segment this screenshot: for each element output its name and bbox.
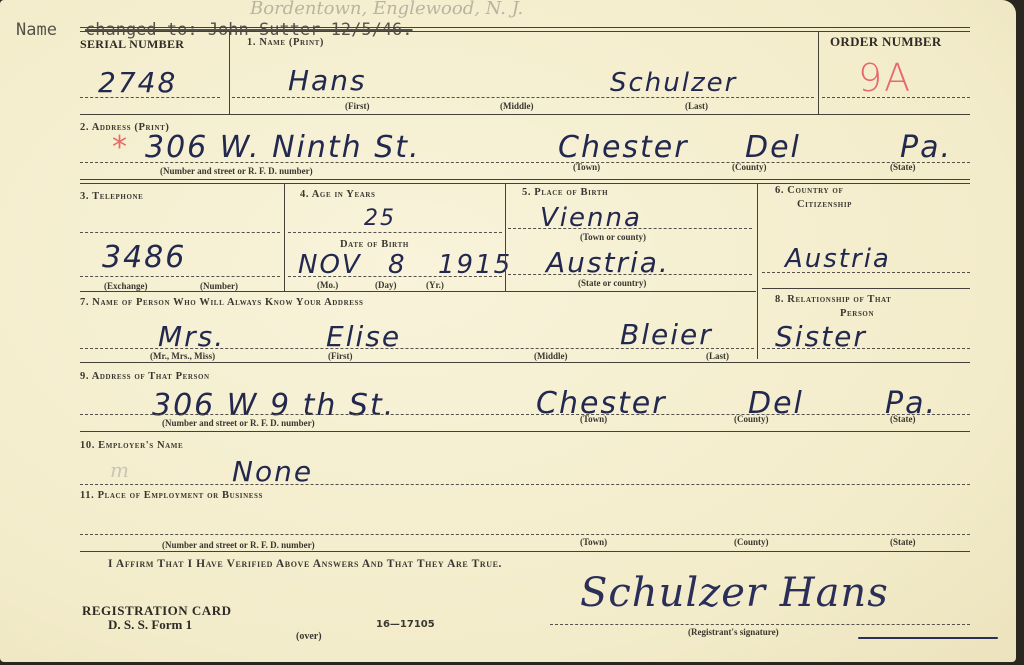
contact-label: 7. Name of Person Who Will Always Know Y…	[80, 297, 364, 308]
faint-pencil-mark: m	[110, 458, 129, 482]
affirmation-text: I Affirm That I Have Verified Above Answ…	[108, 558, 502, 570]
employment-state-sub: (State)	[890, 537, 916, 547]
middle-sub: (Middle)	[500, 101, 534, 111]
contact-state-sub: (State)	[890, 414, 916, 424]
first-name-value: Hans	[288, 64, 367, 97]
employment-street-sub: (Number and street or R. F. D. number)	[162, 540, 315, 550]
age-value: 25	[364, 206, 396, 231]
first-sub: (First)	[345, 101, 370, 111]
year-sub: (Yr.)	[426, 280, 444, 290]
contact-address-label: 9. Address of That Person	[80, 371, 210, 382]
name-change-prefix: Name	[16, 20, 57, 40]
age-label: 4. Age in Years	[300, 189, 376, 200]
serial-number-label: SERIAL NUMBER	[80, 37, 184, 52]
contact-town-sub: (Town)	[580, 414, 607, 424]
contact-street-sub: (Number and street or R. F. D. number)	[162, 418, 315, 428]
order-number-value: 9A	[858, 56, 912, 100]
birthplace-town-sub: (Town or county)	[580, 232, 646, 242]
address-town-value: Chester	[558, 130, 689, 165]
telephone-label: 3. Telephone	[80, 191, 143, 202]
relationship-label-1: 8. Relationship of That	[775, 294, 891, 305]
last-sub: (Last)	[685, 101, 708, 111]
birthplace-label: 5. Place of Birth	[522, 187, 608, 198]
order-number-label: ORDER NUMBER	[830, 34, 942, 50]
address-county-value: Del	[745, 130, 801, 165]
relationship-label-2: Person	[840, 308, 874, 319]
contact-first-sub: (First)	[328, 351, 353, 361]
employment-town-sub: (Town)	[580, 537, 607, 547]
address-street-value: 306 W. Ninth St.	[145, 130, 421, 165]
employer-label: 10. Employer's Name	[80, 440, 183, 451]
form-name: D. S. S. Form 1	[108, 617, 192, 633]
last-name-value: Schulzer	[610, 68, 737, 98]
address-state-sub: (State)	[890, 162, 916, 172]
telephone-value: 3486	[102, 240, 186, 275]
day-sub: (Day)	[375, 280, 397, 290]
contact-title-sub: (Mr., Mrs., Miss)	[150, 351, 215, 361]
address-marker: *	[112, 130, 127, 165]
serial-number-value: 2748	[98, 66, 177, 99]
number-sub: (Number)	[200, 281, 238, 291]
citizenship-value: Austria	[785, 244, 891, 274]
name-label: 1. Name (Print)	[247, 37, 324, 48]
registrant-signature: Schulzer Hans	[580, 570, 889, 616]
dob-label: Date of Birth	[340, 239, 409, 250]
signature-sub: (Registrant's signature)	[688, 627, 779, 637]
birthplace-country-sub: (State or country)	[578, 278, 646, 288]
contact-last-value: Bleier	[620, 318, 713, 351]
address-state-value: Pa.	[900, 130, 952, 165]
address-town-sub: (Town)	[573, 162, 600, 172]
print-code: 16—17105	[376, 619, 435, 630]
contact-middle-sub: (Middle)	[534, 351, 568, 361]
employment-place-label: 11. Place of Employment or Business	[80, 490, 263, 501]
contact-county-sub: (County)	[734, 414, 769, 424]
citizenship-label-1: 6. Country of	[775, 185, 843, 196]
address-county-sub: (County)	[732, 162, 767, 172]
faint-pencil-note: Bordentown, Englewood, N. J.	[250, 0, 523, 19]
month-sub: (Mo.)	[317, 280, 338, 290]
registration-card: Bordentown, Englewood, N. J. Name change…	[0, 0, 1016, 662]
employment-county-sub: (County)	[734, 537, 769, 547]
address-street-sub: (Number and street or R. F. D. number)	[160, 166, 313, 176]
over-note: (over)	[296, 631, 322, 642]
exchange-sub: (Exchange)	[104, 281, 148, 291]
citizenship-label-2: Citizenship	[797, 199, 852, 210]
contact-last-sub: (Last)	[706, 351, 729, 361]
signature-underline	[858, 637, 998, 639]
